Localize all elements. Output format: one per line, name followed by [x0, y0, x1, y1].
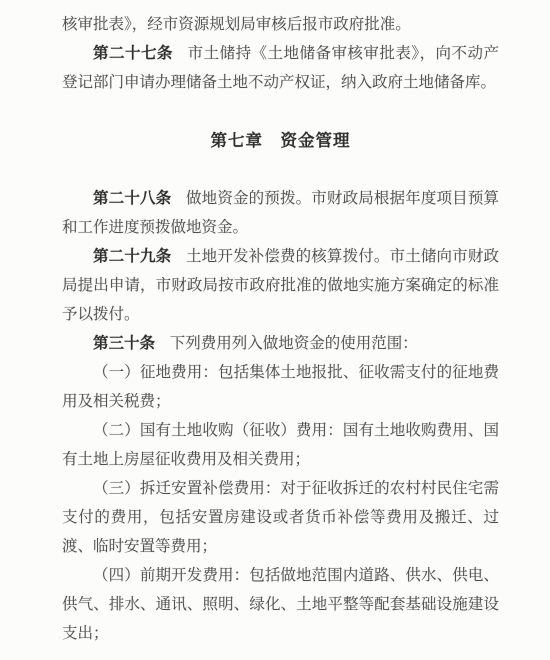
paragraph-article-30: 第三十条下列费用列入做地资金的使用范围： [62, 329, 499, 358]
list-item-4-text: （四）前期开发费用：包括做地范围内道路、供水、供电、供气、排水、通讯、照明、绿化… [62, 567, 499, 642]
paragraph-article-27: 第二十七条市土储持《土地储备审核审批表》，向不动产登记部门申请办理储备土地不动产… [62, 39, 499, 97]
list-item-1-text: （一）征地费用：包括集体土地报批、征收需支付的征地费用及相关税费； [62, 364, 499, 410]
list-item-4: （四）前期开发费用：包括做地范围内道路、供水、供电、供气、排水、通讯、照明、绿化… [62, 561, 499, 648]
list-item-3: （三）拆迁安置补偿费用：对于征收拆迁的农村村民住宅需支付的费用，包括安置房建设或… [62, 474, 499, 561]
article-30-text: 下列费用列入做地资金的使用范围： [170, 335, 418, 352]
article-29-number: 第二十九条 [93, 248, 171, 265]
document-text-block: 核审批表》，经市资源规划局审核后报市政府批准。 第二十七条市土储持《土地储备审核… [62, 0, 499, 648]
list-item-1: （一）征地费用：包括集体土地报批、征收需支付的征地费用及相关税费； [62, 358, 499, 416]
list-item-2: （二）国有土地收购（征收）费用：国有土地收购费用、国有土地上房屋征收费用及相关费… [62, 416, 499, 474]
article-30-number: 第三十条 [93, 335, 155, 352]
paragraph-article-28: 第二十八条做地资金的预拨。市财政局根据年度项目预算和工作进度预拨做地资金。 [62, 184, 499, 242]
article-27-number: 第二十七条 [93, 45, 173, 62]
paragraph-continuation: 核审批表》，经市资源规划局审核后报市政府批准。 [62, 10, 499, 39]
chapter-heading: 第七章 资金管理 [62, 126, 499, 155]
list-item-3-text: （三）拆迁安置补偿费用：对于征收拆迁的农村村民住宅需支付的费用，包括安置房建设或… [62, 480, 499, 555]
article-28-number: 第二十八条 [93, 190, 171, 207]
list-item-2-text: （二）国有土地收购（征收）费用：国有土地收购费用、国有土地上房屋征收费用及相关费… [62, 422, 499, 468]
paragraph-article-29: 第二十九条土地开发补偿费的核算拨付。市土储向市财政局提出申请，市财政局按市政府批… [62, 242, 499, 329]
document-page: 核审批表》，经市资源规划局审核后报市政府批准。 第二十七条市土储持《土地储备审核… [0, 0, 550, 660]
paragraph-text: 核审批表》，经市资源规划局审核后报市政府批准。 [62, 16, 411, 33]
